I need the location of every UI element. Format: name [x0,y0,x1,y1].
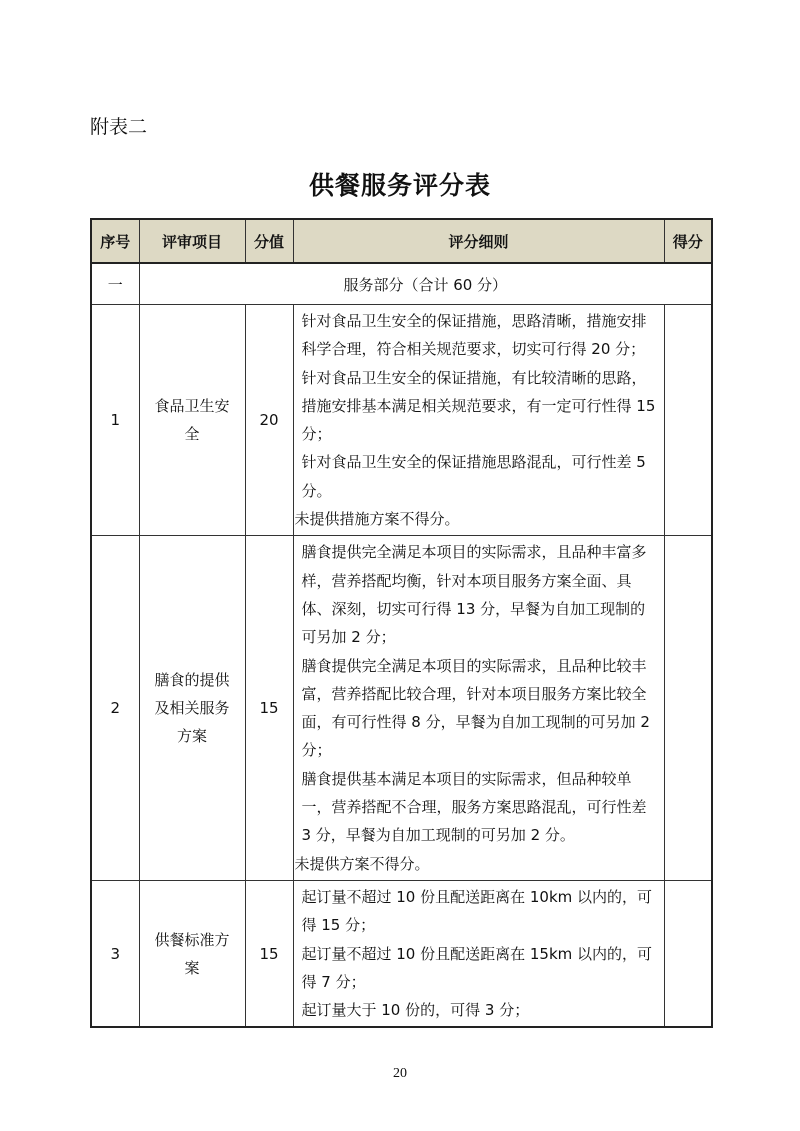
row-score-cell[interactable] [664,536,712,881]
table-row: 2 膳食的提供及相关服务方案 15 膳食提供完全满足本项目的实际需求，且品种丰富… [91,536,712,881]
page-number: 20 [0,1066,800,1082]
row-item: 膳食的提供及相关服务方案 [139,536,245,881]
annex-label: 附表二 [90,112,147,139]
header-item: 评审项目 [139,219,245,263]
rule-text: 起订量大于 10 份的，可得 3 分； [302,996,658,1024]
rule-text: 起订量不超过 10 份且配送距离在 15km 以内的，可得 7 分； [302,940,658,997]
rule-text: 针对食品卫生安全的保证措施，思路清晰，措施安排科学合理，符合相关规范要求，切实可… [302,307,658,364]
section-label: 服务部分（合计 60 分） [139,263,712,305]
table-row: 1 食品卫生安全 20 针对食品卫生安全的保证措施，思路清晰，措施安排科学合理，… [91,305,712,536]
rule-text: 起订量不超过 10 份且配送距离在 10km 以内的，可得 15 分； [302,883,658,940]
row-index: 3 [91,880,139,1027]
header-index: 序号 [91,219,139,263]
rule-text: 针对食品卫生安全的保证措施思路混乱，可行性差 5 分。 [302,448,658,505]
rule-text: 未提供方案不得分。 [295,850,658,878]
rule-text: 膳食提供基本满足本项目的实际需求，但品种较单一，营养搭配不合理，服务方案思路混乱… [302,765,658,850]
row-index: 1 [91,305,139,536]
row-item: 供餐标准方案 [139,880,245,1027]
row-score-cell[interactable] [664,305,712,536]
row-index: 2 [91,536,139,881]
row-points: 20 [245,305,293,536]
row-rules: 针对食品卫生安全的保证措施，思路清晰，措施安排科学合理，符合相关规范要求，切实可… [293,305,664,536]
rule-text: 未提供措施方案不得分。 [295,505,658,533]
row-points: 15 [245,880,293,1027]
row-points: 15 [245,536,293,881]
header-points: 分值 [245,219,293,263]
header-rules: 评分细则 [293,219,664,263]
table-header-row: 序号 评审项目 分值 评分细则 得分 [91,219,712,263]
header-score: 得分 [664,219,712,263]
row-rules: 膳食提供完全满足本项目的实际需求，且品种丰富多样，营养搭配均衡，针对本项目服务方… [293,536,664,881]
table-row: 3 供餐标准方案 15 起订量不超过 10 份且配送距离在 10km 以内的，可… [91,880,712,1027]
row-item: 食品卫生安全 [139,305,245,536]
row-rules: 起订量不超过 10 份且配送距离在 10km 以内的，可得 15 分； 起订量不… [293,880,664,1027]
rule-text: 膳食提供完全满足本项目的实际需求，且品种比较丰富，营养搭配比较合理，针对本项目服… [302,652,658,765]
rule-text: 针对食品卫生安全的保证措施，有比较清晰的思路，措施安排基本满足相关规范要求，有一… [302,364,658,449]
row-score-cell[interactable] [664,880,712,1027]
section-row: 一 服务部分（合计 60 分） [91,263,712,305]
scoring-table: 序号 评审项目 分值 评分细则 得分 一 服务部分（合计 60 分） 1 食品卫… [90,218,713,1028]
rule-text: 膳食提供完全满足本项目的实际需求，且品种丰富多样，营养搭配均衡，针对本项目服务方… [302,538,658,651]
page-title: 供餐服务评分表 [0,166,800,202]
section-index: 一 [91,263,139,305]
